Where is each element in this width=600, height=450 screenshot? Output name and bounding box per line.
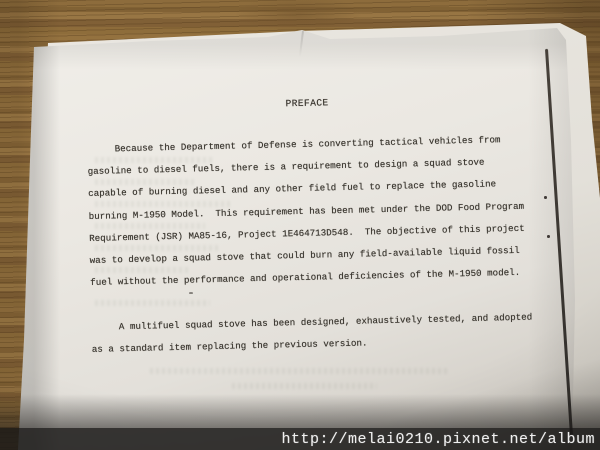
bleedthrough-line <box>150 368 450 374</box>
bottom-edge-shadow <box>0 394 600 428</box>
ink-speck <box>189 292 193 294</box>
paragraph-1: Because the Department of Defense is con… <box>87 128 553 294</box>
bleedthrough-line <box>232 383 377 389</box>
photo-of-typewritten-preface-page: PREFACE Because the Department of Defens… <box>0 0 600 450</box>
watermark-bar: http://melai0210.pixnet.net/album <box>0 428 600 450</box>
watermark-url: http://melai0210.pixnet.net/album <box>281 431 600 448</box>
ink-speck <box>547 235 550 238</box>
typewritten-text-block: PREFACE Because the Department of Defens… <box>86 91 554 361</box>
ink-speck <box>544 196 547 199</box>
